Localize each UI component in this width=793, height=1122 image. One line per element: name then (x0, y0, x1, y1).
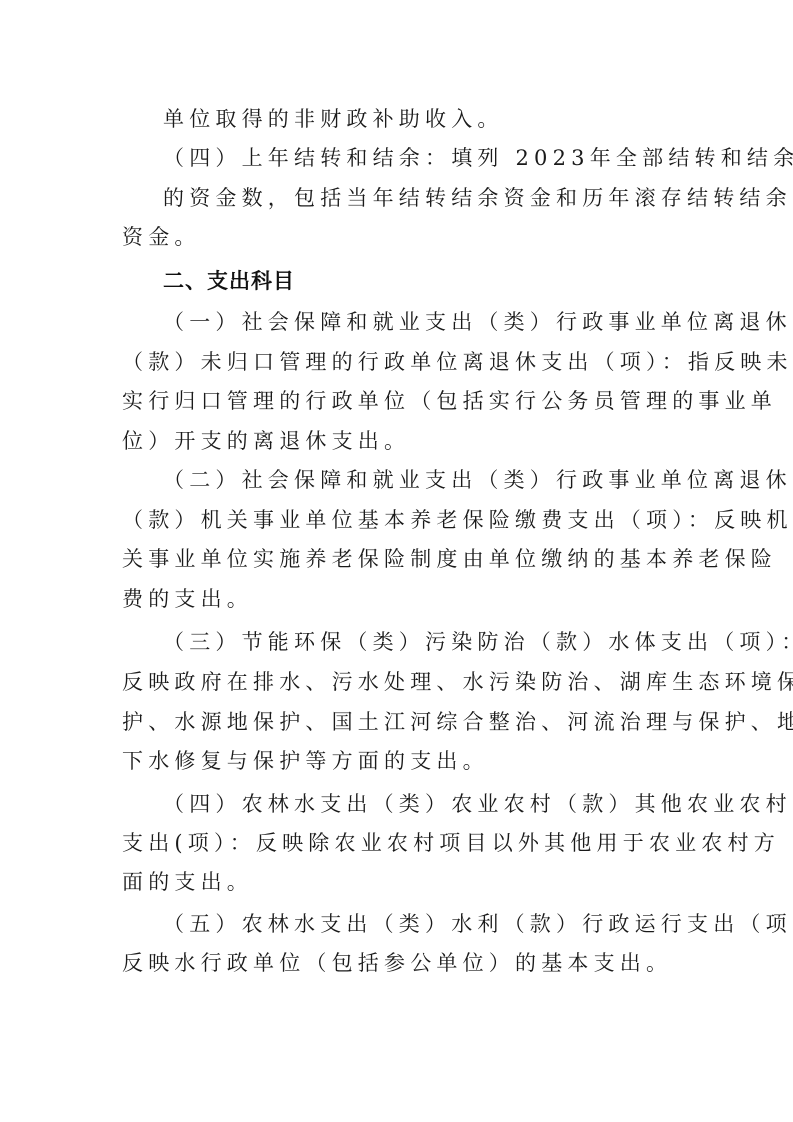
paragraph-line: 关事业单位实施养老保险制度由单位缴纳的基本养老保险 (122, 546, 674, 572)
paragraph-line: 面的支出。 (122, 869, 674, 895)
paragraph-line: （一）社会保障和就业支出（类）行政事业单位离退休 (163, 309, 674, 335)
paragraph-line: （四）上年结转和结余：填列 2023年全部结转和结余 (163, 145, 674, 171)
document-page: 单位取得的非财政补助收入。 （四）上年结转和结余：填列 2023年全部结转和结余… (0, 0, 793, 1122)
paragraph-line: 反映政府在排水、污水处理、水污染防治、湖库生态环境保 (122, 669, 674, 695)
paragraph-line: 下水修复与保护等方面的支出。 (122, 748, 674, 774)
paragraph-line: （四）农林水支出（类）农业农村（款）其他农业农村 (163, 791, 674, 817)
paragraph-line: （款）未归口管理的行政单位离退休支出（项）：指反映未 (122, 349, 674, 375)
paragraph-line: 位）开支的离退休支出。 (122, 428, 674, 454)
section-heading: 二、支出科目 (163, 268, 295, 294)
paragraph-line: 反映水行政单位（包括参公单位）的基本支出。 (122, 950, 674, 976)
paragraph-line: 单位取得的非财政补助收入。 (163, 106, 674, 132)
paragraph-line: （款）机关事业单位基本养老保险缴费支出（项）：反映机 (122, 507, 674, 533)
paragraph-line: （五）农林水支出（类）水利（款）行政运行支出（项）: (163, 911, 674, 937)
paragraph-line: 实行归口管理的行政单位（包括实行公务员管理的事业单 (122, 388, 674, 414)
paragraph-line: 支出(项）：反映除农业农村项目以外其他用于农业农村方 (122, 830, 674, 856)
paragraph-line: （三）节能环保（类）污染防治（款）水体支出（项）： (163, 629, 674, 655)
paragraph-line: 的资金数，包括当年结转结余资金和历年滚存结转结余 (163, 185, 674, 211)
paragraph-line: 费的支出。 (122, 586, 674, 612)
paragraph-line: 护、水源地保护、国土江河综合整治、河流治理与保护、地 (122, 709, 674, 735)
paragraph-line: （二）社会保障和就业支出（类）行政事业单位离退休 (163, 467, 674, 493)
paragraph-line: 资金。 (122, 224, 674, 250)
